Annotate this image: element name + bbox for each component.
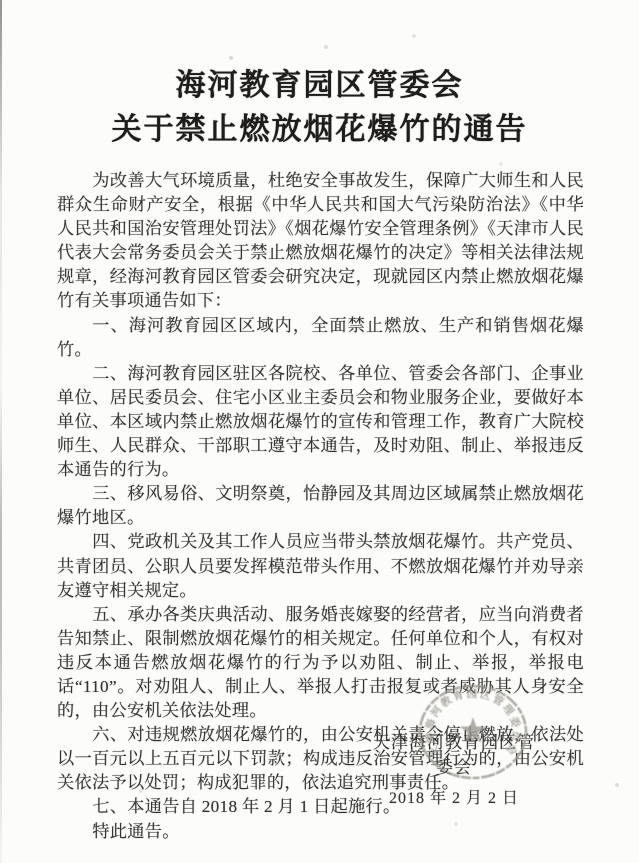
notice-paragraph: 五、承办各类庆典活动、服务婚丧嫁娶的经营者，应当向消费者告知禁止、限制燃放烟花爆…	[57, 603, 584, 723]
notice-paragraph: 一、海河教育园区区域内，全面禁止燃放、生产和销售烟花爆竹。	[57, 314, 584, 362]
notice-paragraph: 三、移风易俗、文明祭奠，怡静园及其周边区域属禁止燃放烟花爆竹地区。	[57, 482, 584, 530]
signature-block: 天津海河教育园区管委会 2018 年 2 月 2 日	[366, 728, 542, 808]
signature-organization: 天津海河教育园区管委会	[366, 728, 542, 778]
notice-paragraph: 四、党政机关及其工作人员应当带头禁放烟花爆竹。共产党员、共青团员、公职人员要发挥…	[57, 530, 584, 602]
signature-date: 2018 年 2 月 2 日	[366, 785, 542, 808]
scan-noise-specks	[0, 0, 2, 2]
notice-paragraph: 二、海河教育园区驻区各院校、各单位、管委会各部门、企事业单位、居民委员会、住宅小…	[57, 362, 584, 482]
notice-title-line2: 关于禁止燃放烟花爆竹的通告	[0, 108, 639, 152]
notice-title: 海河教育园区管委会 关于禁止燃放烟花爆竹的通告	[0, 64, 639, 152]
notice-paragraph: 特此通告。	[57, 820, 584, 844]
scanned-notice-page: 海河教育园区管委会 关于禁止燃放烟花爆竹的通告 为改善大气环境质量，杜绝安全事故…	[0, 0, 639, 863]
notice-title-line1: 海河教育园区管委会	[0, 64, 639, 108]
notice-paragraph: 为改善大气环境质量，杜绝安全事故发生，保障广大师生和人民群众生命财产安全，根据《…	[57, 169, 584, 314]
